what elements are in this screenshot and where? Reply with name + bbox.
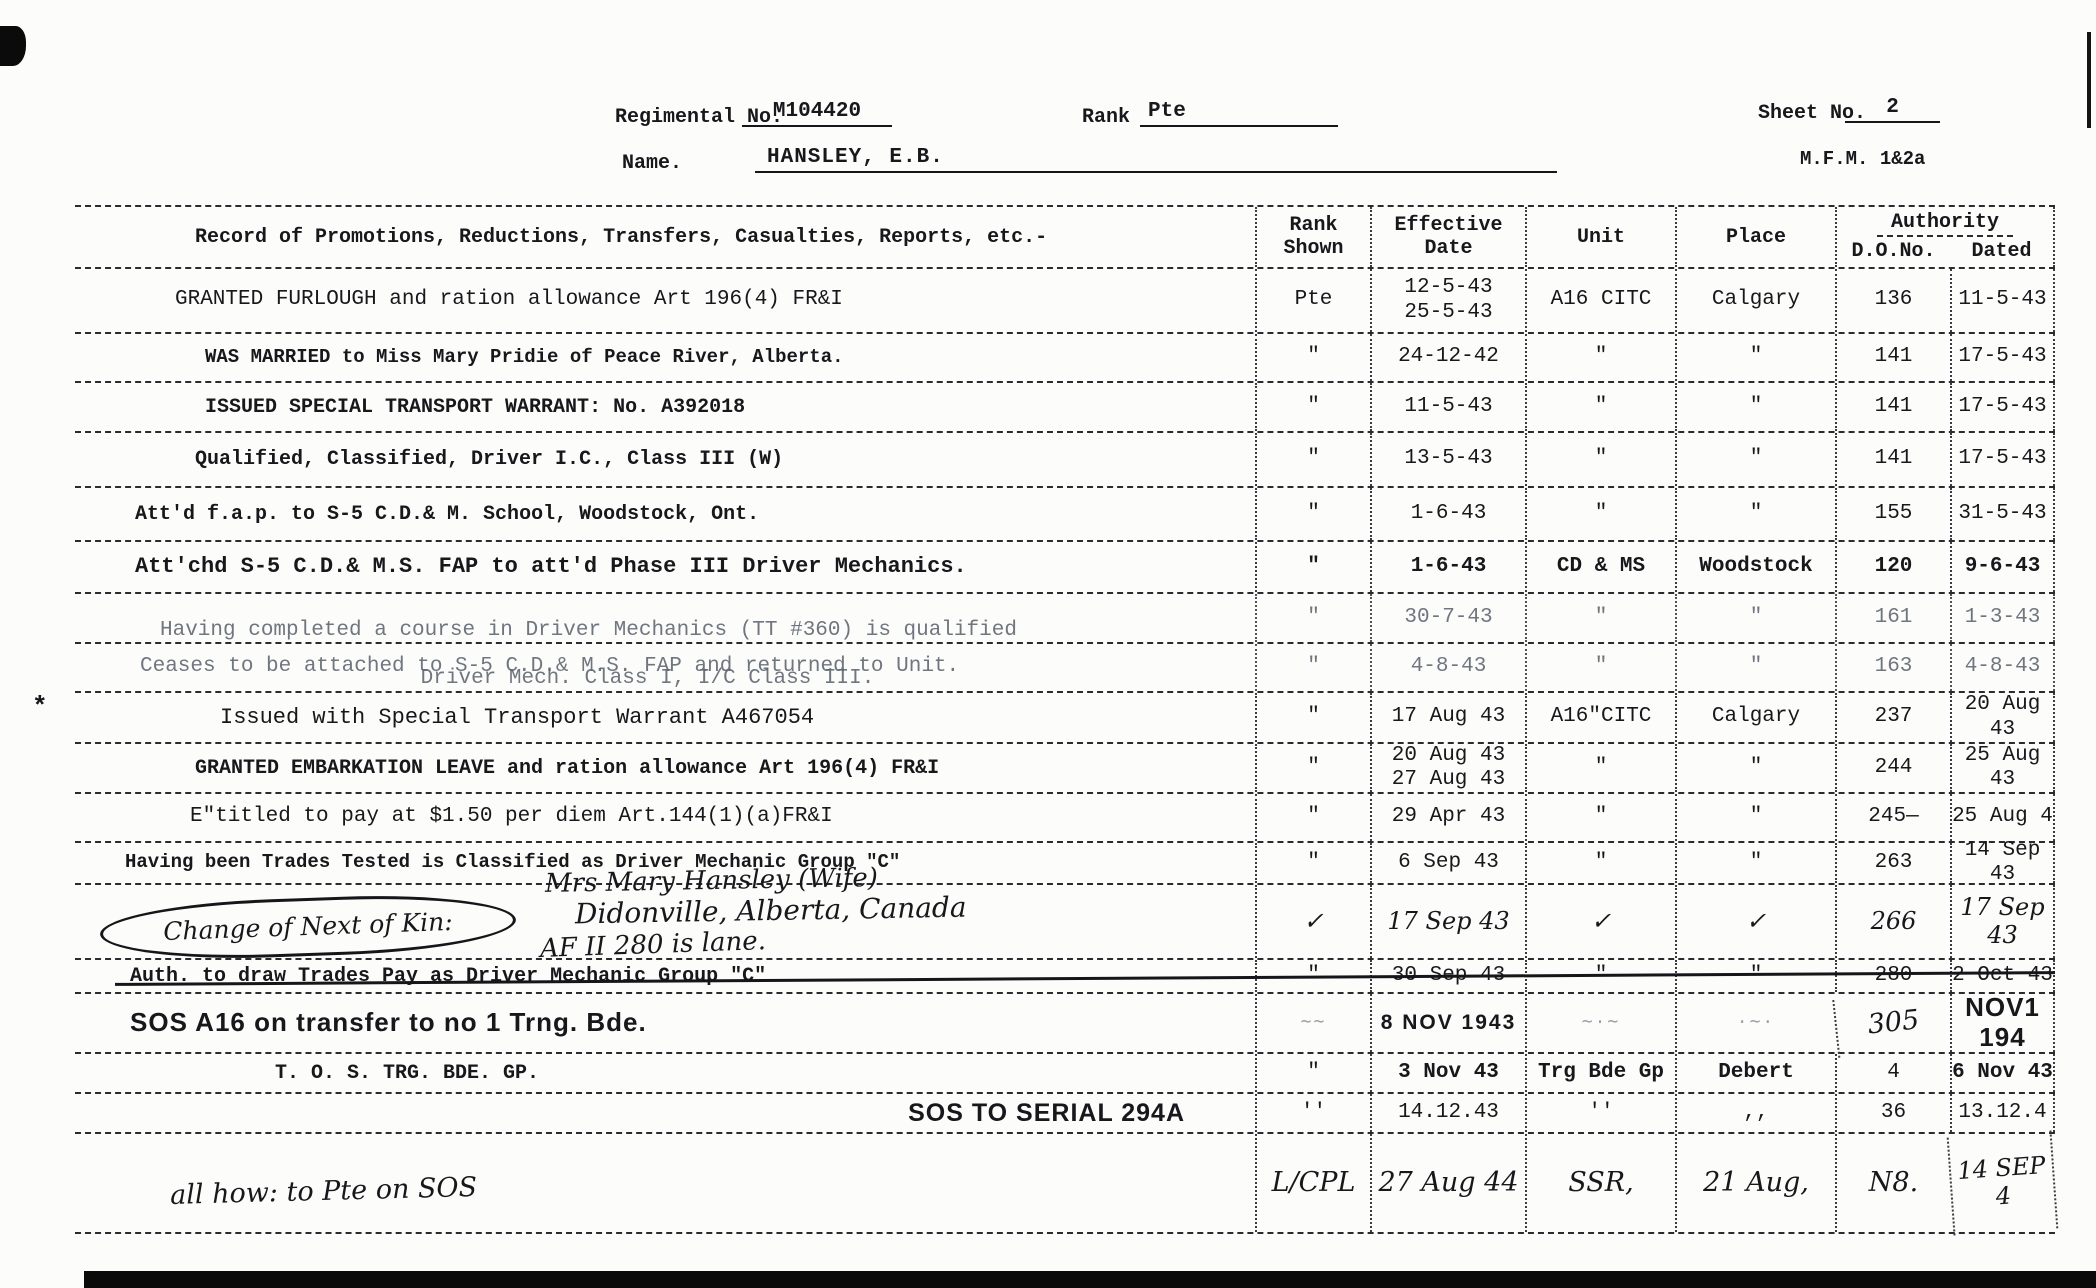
dono-cell: 141 <box>1835 383 1950 431</box>
date-cell: 17 Sep 43 <box>1370 885 1525 958</box>
unit-cell: SSR, <box>1525 1134 1675 1232</box>
record-text: Ceases to be attached to S-5 C.D.& M.S. … <box>75 644 1255 691</box>
date-cell: 27 Aug 44 <box>1370 1134 1525 1232</box>
dated-cell: 14 Sep 43 <box>1950 843 2055 883</box>
record-table: Record of Promotions, Reductions, Transf… <box>75 205 2055 1234</box>
place-cell: " <box>1675 843 1835 883</box>
dated-cell: 17 Sep 43 <box>1950 885 2055 958</box>
rank-label: Rank <box>1082 106 1130 129</box>
rank-value: Pte <box>1140 100 1338 127</box>
date-cell: 11-5-43 <box>1370 383 1525 431</box>
date-cell: 1-6-43 <box>1370 488 1525 540</box>
place-cell: Debert <box>1675 1054 1835 1092</box>
rank-cell: " <box>1255 794 1370 841</box>
place-cell: " <box>1675 383 1835 431</box>
nok-circled-label: Change of Next of Kin: <box>99 891 517 963</box>
effective-date-column-header: Effective Date <box>1370 207 1525 267</box>
record-text: Issued with Special Transport Warrant A4… <box>75 693 1255 742</box>
rank-cell: " <box>1255 542 1370 592</box>
place-cell: " <box>1675 644 1835 691</box>
record-text: all how: to Pte on SOS <box>74 1119 1256 1248</box>
date-cell: 6 Sep 43 <box>1370 843 1525 883</box>
rank-cell: " <box>1255 594 1370 642</box>
place-cell: Woodstock <box>1675 542 1835 592</box>
date-cell: 1-6-43 <box>1370 542 1525 592</box>
dono-cell: 163 <box>1835 644 1950 691</box>
unit-cell: ∼·∼ <box>1525 994 1675 1052</box>
record-text: GRANTED FURLOUGH and ration allowance Ar… <box>75 269 1255 332</box>
unit-cell: Trg Bde Gp <box>1525 1054 1675 1092</box>
unit-cell: " <box>1525 383 1675 431</box>
dated-cell: 11-5-43 <box>1950 269 2055 332</box>
date-cell: 4-8-43 <box>1370 644 1525 691</box>
rank-cell: '' <box>1255 1094 1370 1132</box>
record-text: T. O. S. TRG. BDE. GP. <box>75 1054 1255 1092</box>
record-column-header: Record of Promotions, Reductions, Transf… <box>75 207 1255 267</box>
table-row: Qualified, Classified, Driver I.C., Clas… <box>75 433 2055 488</box>
rank-cell: " <box>1255 488 1370 540</box>
dated-column-header: Dated <box>1950 240 2053 263</box>
dono-column-header: D.O.No. <box>1837 240 1950 263</box>
date-cell: 30-7-43 <box>1370 594 1525 642</box>
place-cell: " <box>1675 594 1835 642</box>
rank-cell: L/CPL <box>1255 1134 1370 1232</box>
rank-cell: " <box>1255 383 1370 431</box>
dated-cell: 17-5-43 <box>1950 383 2055 431</box>
scan-corner-blob <box>0 26 26 66</box>
regimental-no-value: M104420 <box>742 100 892 127</box>
date-cell: 29 Apr 43 <box>1370 794 1525 841</box>
unit-cell: " <box>1525 334 1675 381</box>
scanned-service-record-sheet: * Regimental No. M104420 Rank Pte Sheet … <box>0 0 2096 1288</box>
rank-cell: " <box>1255 334 1370 381</box>
rank-cell: " <box>1255 744 1370 792</box>
dated-cell: 9-6-43 <box>1950 542 2055 592</box>
nok-address-line: Didonville, Alberta, Canada <box>575 892 967 931</box>
rank-cell: " <box>1255 843 1370 883</box>
date-cell: 8 NOV 1943 <box>1370 994 1525 1052</box>
date-cell: 17 Aug 43 <box>1370 693 1525 742</box>
rank-cell: " <box>1255 693 1370 742</box>
record-text: WAS MARRIED to Miss Mary Pridie of Peace… <box>75 334 1255 381</box>
ink-smudge: ∼∼ <box>1301 1013 1327 1034</box>
record-text-line1: Having completed a course in Driver Mech… <box>160 619 1255 643</box>
dated-cell: 4-8-43 <box>1950 644 2055 691</box>
unit-cell: " <box>1525 644 1675 691</box>
dono-cell: 141 <box>1835 334 1950 381</box>
record-text: Mrs Mary Hansley (Wife) Change of Next o… <box>75 885 1255 958</box>
record-text: Qualified, Classified, Driver I.C., Clas… <box>75 433 1255 486</box>
rank-shown-column-header: Rank Shown <box>1255 207 1370 267</box>
dono-cell: N8. <box>1835 1134 1950 1232</box>
ink-smudge: ∼·∼ <box>1582 1013 1620 1034</box>
place-cell: " <box>1675 334 1835 381</box>
table-row-next-of-kin: Mrs Mary Hansley (Wife) Change of Next o… <box>75 885 2055 960</box>
unit-cell: '' <box>1525 1094 1675 1132</box>
table-row: WAS MARRIED to Miss Mary Pridie of Peace… <box>75 334 2055 383</box>
scan-bottom-bar <box>84 1271 2096 1288</box>
table-row: Ceases to be attached to S-5 C.D.& M.S. … <box>75 644 2055 693</box>
rank-cell: ✓ <box>1255 885 1370 958</box>
unit-cell: " <box>1525 594 1675 642</box>
unit-cell: " <box>1525 744 1675 792</box>
dono-cell: 305 <box>1832 988 1952 1058</box>
unit-cell: " <box>1525 488 1675 540</box>
table-row: Att'chd S-5 C.D.& M.S. FAP to att'd Phas… <box>75 542 2055 594</box>
unit-cell: " <box>1525 960 1675 992</box>
date-stamp: 8 NOV 1943 <box>1381 1011 1517 1035</box>
rank-cell: " <box>1255 433 1370 486</box>
table-row-handwritten: all how: to Pte on SOS L/CPL 27 Aug 44 S… <box>75 1134 2055 1234</box>
date-cell: 3 Nov 43 <box>1370 1054 1525 1092</box>
dono-cell: 244 <box>1835 744 1950 792</box>
table-row-struck: Auth. to draw Trades Pay as Driver Mecha… <box>75 960 2055 994</box>
table-row: Issued with Special Transport Warrant A4… <box>75 693 2055 744</box>
date-cell: 20 Aug 43 27 Aug 43 <box>1370 744 1525 792</box>
place-cell: 21 Aug, <box>1675 1134 1835 1232</box>
dated-stamp: NOV1 194 <box>1952 993 2053 1053</box>
place-cell: Calgary <box>1675 269 1835 332</box>
dated-cell: 25 Aug 4 <box>1950 794 2055 841</box>
dono-cell: 161 <box>1835 594 1950 642</box>
table-header-row: Record of Promotions, Reductions, Transf… <box>75 207 2055 269</box>
rank-cell: Pte <box>1255 269 1370 332</box>
date-cell: 13-5-43 <box>1370 433 1525 486</box>
date-cell: 14.12.43 <box>1370 1094 1525 1132</box>
dated-cell: 17-5-43 <box>1950 433 2055 486</box>
unit-column-header: Unit <box>1525 207 1675 267</box>
table-row: Att'd f.a.p. to S-5 C.D.& M. School, Woo… <box>75 488 2055 542</box>
record-text: ISSUED SPECIAL TRANSPORT WARRANT: No. A3… <box>75 383 1255 431</box>
ink-smudge: ·∼· <box>1737 1013 1775 1034</box>
dated-cell: NOV1 194 <box>1950 994 2055 1052</box>
date-cell: 12-5-43 25-5-43 <box>1370 269 1525 332</box>
table-row-sos-transfer: SOS A16 on transfer to no 1 Trng. Bde. ∼… <box>75 994 2055 1054</box>
place-cell: " <box>1675 960 1835 992</box>
rank-cell: ∼∼ <box>1255 994 1370 1052</box>
table-row: GRANTED FURLOUGH and ration allowance Ar… <box>75 269 2055 334</box>
dated-cell: 2 Oct 43 <box>1950 960 2055 992</box>
place-column-header: Place <box>1675 207 1835 267</box>
unit-cell: " <box>1525 794 1675 841</box>
dono-cell: 263 <box>1835 843 1950 883</box>
record-text: E"titled to pay at $1.50 per diem Art.14… <box>75 794 1255 841</box>
record-text: Having completed a course in Driver Mech… <box>75 594 1255 642</box>
sheet-no-value: 2 <box>1845 96 1940 123</box>
margin-asterisk-mark: * <box>32 692 48 722</box>
dono-cell: 280 <box>1835 960 1950 992</box>
dono-cell: 136 <box>1835 269 1950 332</box>
record-text: GRANTED EMBARKATION LEAVE and ration all… <box>75 744 1255 792</box>
unit-cell: ✓ <box>1525 885 1675 958</box>
record-text: Att'd f.a.p. to S-5 C.D.& M. School, Woo… <box>75 488 1255 540</box>
unit-cell: A16 CITC <box>1525 269 1675 332</box>
dono-cell: 141 <box>1835 433 1950 486</box>
place-cell: Calgary <box>1675 693 1835 742</box>
date-cell: 30 Sep 43 <box>1370 960 1525 992</box>
place-cell: ,, <box>1675 1094 1835 1132</box>
dated-cell: 31-5-43 <box>1950 488 2055 540</box>
date-cell: 24-12-42 <box>1370 334 1525 381</box>
record-text: Att'chd S-5 C.D.& M.S. FAP to att'd Phas… <box>75 542 1255 592</box>
authority-column-header: Authority D.O.No. Dated <box>1835 207 2055 267</box>
dated-cell: 25 Aug 43 <box>1950 744 2055 792</box>
record-text: SOS A16 on transfer to no 1 Trng. Bde. <box>75 994 1255 1052</box>
table-row: Having been Trades Tested is Classified … <box>75 843 2055 885</box>
table-row: GRANTED EMBARKATION LEAVE and ration all… <box>75 744 2055 794</box>
name-label: Name. <box>622 152 682 175</box>
dated-cell: 6 Nov 43 <box>1950 1054 2055 1092</box>
place-cell: ✓ <box>1675 885 1835 958</box>
place-cell: " <box>1675 488 1835 540</box>
dated-cell: 20 Aug 43 <box>1950 693 2055 742</box>
place-cell: " <box>1675 744 1835 792</box>
rank-cell: " <box>1255 1054 1370 1092</box>
table-row: E"titled to pay at $1.50 per diem Art.14… <box>75 794 2055 843</box>
dated-cell: 14 SEP 4 <box>1947 1130 2059 1235</box>
unit-cell: CD & MS <box>1525 542 1675 592</box>
dated-cell: 13.12.4 <box>1950 1094 2055 1132</box>
dono-cell: 237 <box>1835 693 1950 742</box>
unit-cell: A16"CITC <box>1525 693 1675 742</box>
rank-cell: " <box>1255 960 1370 992</box>
table-row: ISSUED SPECIAL TRANSPORT WARRANT: No. A3… <box>75 383 2055 433</box>
scan-edge-line <box>2087 32 2091 128</box>
dono-cell: 266 <box>1835 885 1950 958</box>
rank-cell: " <box>1255 644 1370 691</box>
place-cell: " <box>1675 794 1835 841</box>
name-value: HANSLEY, E.B. <box>755 146 1557 173</box>
record-text: Auth. to draw Trades Pay as Driver Mecha… <box>75 960 1255 992</box>
table-row: Having completed a course in Driver Mech… <box>75 594 2055 644</box>
unit-cell: " <box>1525 433 1675 486</box>
dono-cell: 245— <box>1835 794 1950 841</box>
dono-cell: 120 <box>1835 542 1950 592</box>
table-row: T. O. S. TRG. BDE. GP. " 3 Nov 43 Trg Bd… <box>75 1054 2055 1094</box>
unit-cell: " <box>1525 843 1675 883</box>
place-cell: ·∼· <box>1675 994 1835 1052</box>
dono-cell: 4 <box>1835 1054 1950 1092</box>
dated-cell: 17-5-43 <box>1950 334 2055 381</box>
dono-cell: 155 <box>1835 488 1950 540</box>
form-reference: M.F.M. 1&2a <box>1800 148 1925 170</box>
authority-title: Authority <box>1877 211 2013 237</box>
dono-cell: 36 <box>1835 1094 1950 1132</box>
dated-cell: 1-3-43 <box>1950 594 2055 642</box>
place-cell: " <box>1675 433 1835 486</box>
